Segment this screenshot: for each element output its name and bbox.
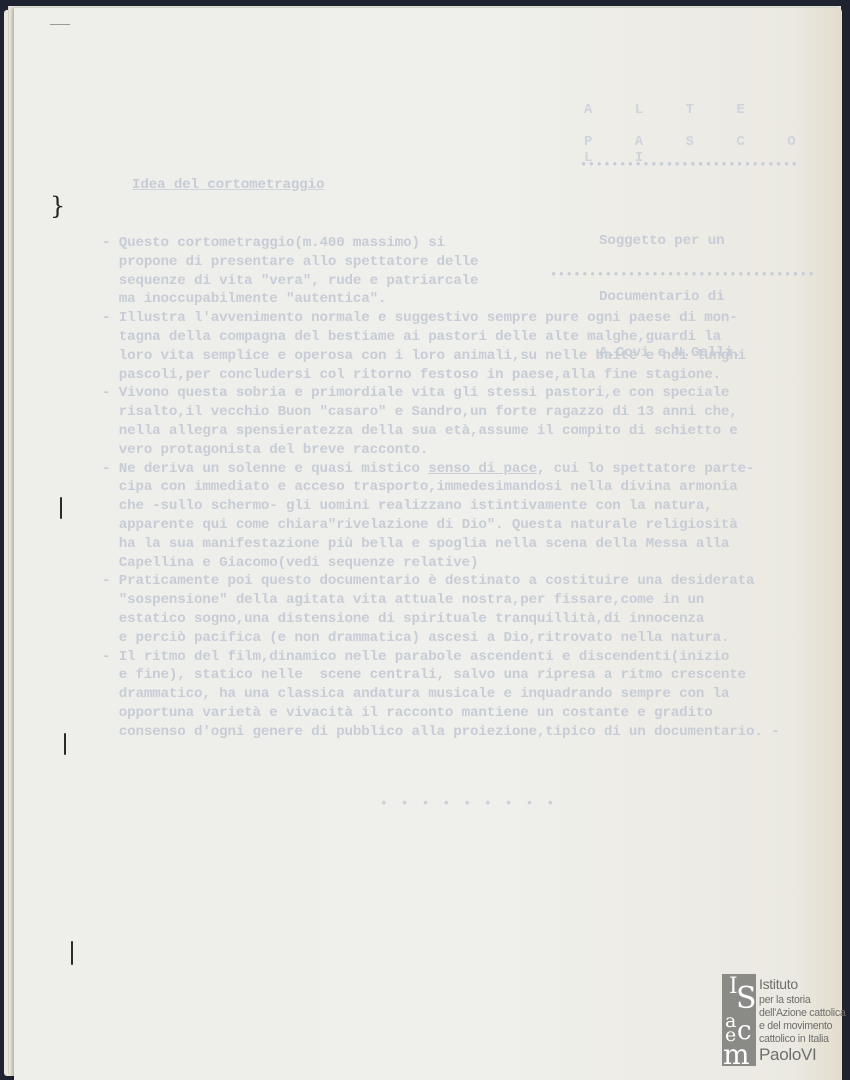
margin-pen-mark	[64, 733, 66, 755]
paragraph: - Questo cortometraggio(m.400 massimo) s…	[102, 234, 779, 309]
archive-watermark-logo: I S a e c m Istituto per la storia dell'…	[722, 974, 844, 1066]
text-line: ma inoccupabilmente "autentica".	[102, 290, 779, 309]
text-line: Capellina e Giacomo(vedi sequenze relati…	[102, 554, 779, 573]
paragraph: - Vivono questa sobria e primordiale vit…	[102, 384, 779, 459]
text-line: ha la sua manifestazione più bella e spo…	[102, 535, 779, 554]
text-line: vero protagonista del breve racconto.	[102, 441, 779, 460]
text-line: e fine), statico nelle scene centrali, s…	[102, 666, 779, 685]
logo-text-line: cattolico in Italia	[759, 1033, 829, 1046]
end-divider: •••••••••	[380, 796, 567, 811]
logo-initials-block: I S a e c m	[722, 974, 756, 1066]
text-line: - Il ritmo del film,dinamico nelle parab…	[102, 648, 779, 667]
text-line: - Ne deriva un solenne e quasi mistico s…	[102, 460, 779, 479]
paragraph: - Il ritmo del film,dinamico nelle parab…	[102, 648, 779, 742]
text-line: pascoli,per concludersi col ritorno fest…	[102, 366, 779, 385]
logo-initial: S	[736, 984, 757, 1014]
logo-text-line: per la storia	[759, 994, 810, 1007]
paragraph: - Illustra l'avvenimento normale e sugge…	[102, 309, 779, 384]
text-line: loro vita semplice e operosa con i loro …	[102, 347, 779, 366]
logo-initial: m	[723, 1041, 750, 1069]
text-line: opportuna varietà e vivacità il racconto…	[102, 704, 779, 723]
text-line: cipa con immediato e acceso trasporto,im…	[102, 478, 779, 497]
text-line: consenso d'ogni genere di pubblico alla …	[102, 723, 779, 742]
logo-text-line: dell'Azione cattolica	[759, 1007, 845, 1020]
margin-pen-mark	[71, 941, 73, 965]
text-line: propone di presentare allo spettatore de…	[102, 253, 779, 272]
margin-brace-mark: }	[50, 192, 65, 220]
text-line: risalto,il vecchio Buon "casaro" e Sandr…	[102, 403, 779, 422]
text-line: "sospensione" della agitata vita attuale…	[102, 591, 779, 610]
logo-text-title: Istituto	[759, 976, 798, 992]
top-pencil-mark	[50, 24, 70, 25]
text-line: - Illustra l'avvenimento normale e sugge…	[102, 309, 779, 328]
text-line: sequenze di vita "vera", rude e patriarc…	[102, 272, 779, 291]
margin-pen-mark	[60, 497, 62, 519]
body-text: - Questo cortometraggio(m.400 massimo) s…	[102, 234, 779, 742]
logo-text-paolovi: PaoloVI	[759, 1046, 816, 1064]
text-line: tagna della compagna del bestiame ai pas…	[102, 328, 779, 347]
paragraph: - Ne deriva un solenne e quasi mistico s…	[102, 460, 779, 573]
typewritten-page: A L T E P A S C O L I ••••••••••••••••••…	[14, 8, 842, 1080]
paragraph: - Praticamente poi questo documentario è…	[102, 572, 779, 647]
text-line: estatico sogno,una distensione di spirit…	[102, 610, 779, 629]
section-title: Idea del cortometraggio	[132, 176, 324, 195]
text-line: che -sullo schermo- gli uomini realizzan…	[102, 497, 779, 516]
underlined-phrase: senso di pace	[428, 461, 537, 477]
text-line: apparente qui come chiara"rivelazione di…	[102, 516, 779, 535]
text-line: - Praticamente poi questo documentario è…	[102, 572, 779, 591]
heading-line-1: A L T E	[584, 102, 762, 118]
text-line: - Vivono questa sobria e primordiale vit…	[102, 384, 779, 403]
text-line: e perciò pacifica (e non drammatica) asc…	[102, 629, 779, 648]
heading-divider: ••••••••••••••••••••••••••••	[580, 158, 798, 172]
text-line: - Questo cortometraggio(m.400 massimo) s…	[102, 234, 779, 253]
text-line: nella allegra spensieratezza della sua e…	[102, 422, 779, 441]
logo-text-line: e del movimento	[759, 1020, 832, 1033]
text-line: drammatico, ha una classica andatura mus…	[102, 685, 779, 704]
